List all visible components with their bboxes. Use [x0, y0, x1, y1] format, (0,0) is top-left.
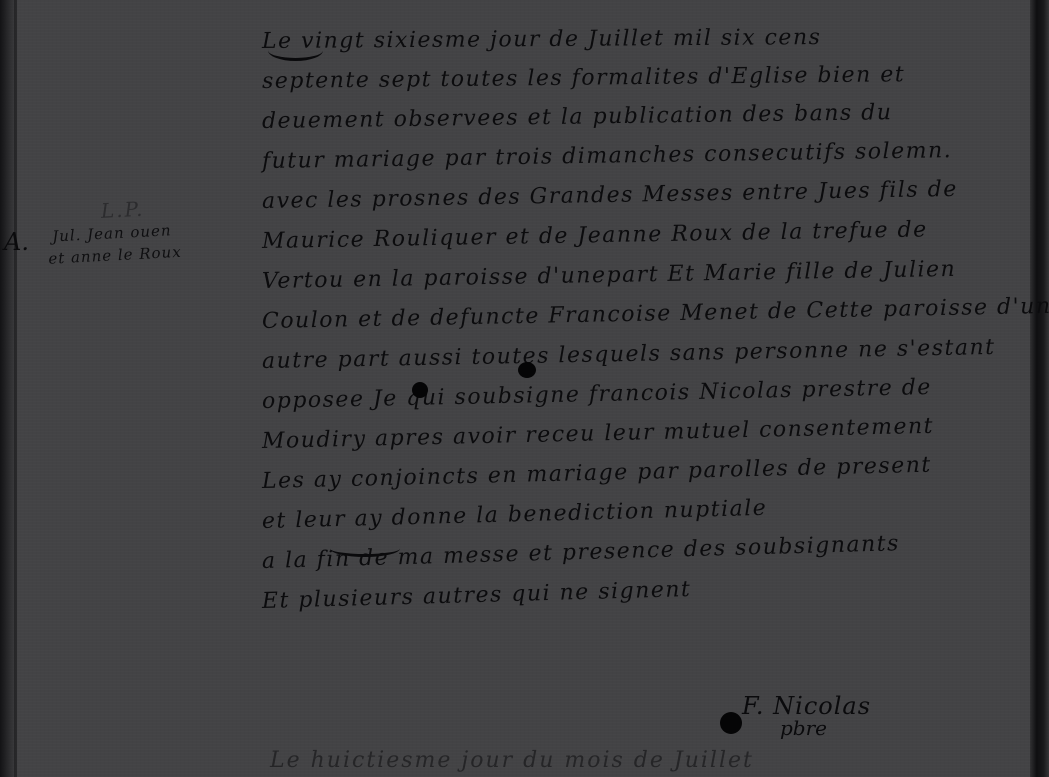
next-entry-fragment: Le huictiesme jour du mois de Juillet: [270, 748, 754, 773]
priest-signature: F. Nicolas pbre: [712, 692, 871, 740]
ink-blot: [518, 362, 536, 378]
register-page: A. L.P. Jul. Jean ouen et anne le Roux L…: [0, 0, 1049, 777]
flourish-stroke: [330, 540, 400, 557]
left-edge-mark: A.: [4, 228, 29, 256]
flourish-stroke: [268, 40, 323, 61]
ink-blot: [412, 382, 428, 398]
left-binding-shadow: [14, 0, 17, 777]
marriage-entry: Le vingt sixiesme jour de Juillet mil si…: [262, 22, 1037, 622]
margin-note: L.P. Jul. Jean ouen et anne le Roux: [50, 191, 263, 270]
